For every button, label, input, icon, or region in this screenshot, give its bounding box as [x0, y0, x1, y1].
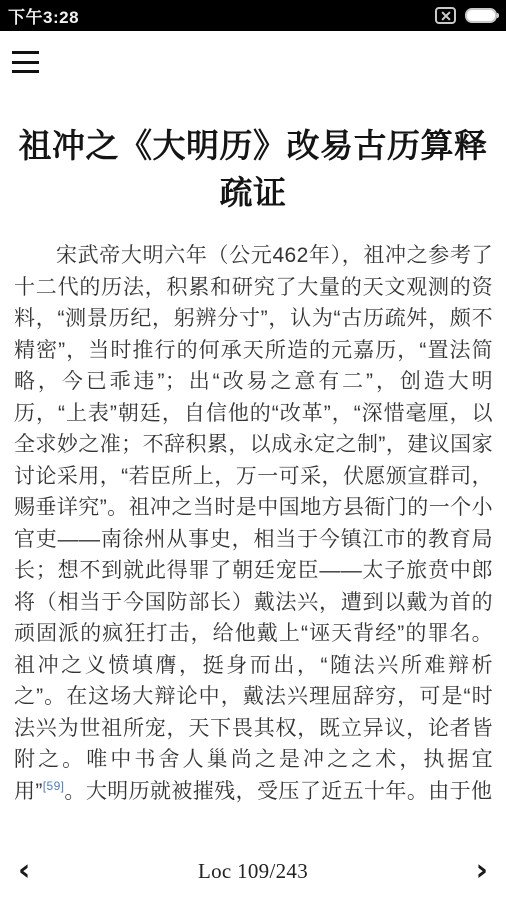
status-time: 下午3:28 [8, 3, 79, 28]
next-page-button[interactable]: › [472, 856, 492, 886]
prev-page-button[interactable]: ‹ [14, 856, 34, 886]
body-text: 宋武帝大明六年（公元462年），祖冲之参考了十二代的历法，积累和研究了大量的天文… [14, 244, 493, 803]
chevron-left-icon: ‹ [18, 853, 30, 888]
reader-footer: ‹ Loc 109/243 › [0, 842, 506, 900]
body-paragraph: 宋武帝大明六年（公元462年），祖冲之参考了十二代的历法，积累和研究了大量的天文… [14, 240, 493, 826]
page-title: 祖冲之《大明历》改易古历算释疏证 [14, 122, 492, 216]
footnote-link[interactable]: [59] [43, 779, 65, 793]
hamburger-bar [12, 51, 39, 54]
reader-screen: 下午3:28 祖冲之《大明历》改易古历算释疏证 宋武帝大明六年（公元462年），… [0, 0, 506, 900]
body-text: 。大明历就被摧残，受压了近五十年。由于他 [64, 780, 492, 803]
battery-full-icon [465, 8, 497, 23]
status-icons [435, 7, 497, 24]
location-indicator: Loc 109/243 [198, 859, 308, 884]
sim-missing-icon [435, 7, 456, 24]
hamburger-menu-button[interactable] [12, 49, 39, 75]
hamburger-bar [12, 61, 39, 64]
status-bar: 下午3:28 [0, 0, 506, 31]
hamburger-bar [12, 70, 39, 73]
chevron-right-icon: › [476, 853, 488, 888]
